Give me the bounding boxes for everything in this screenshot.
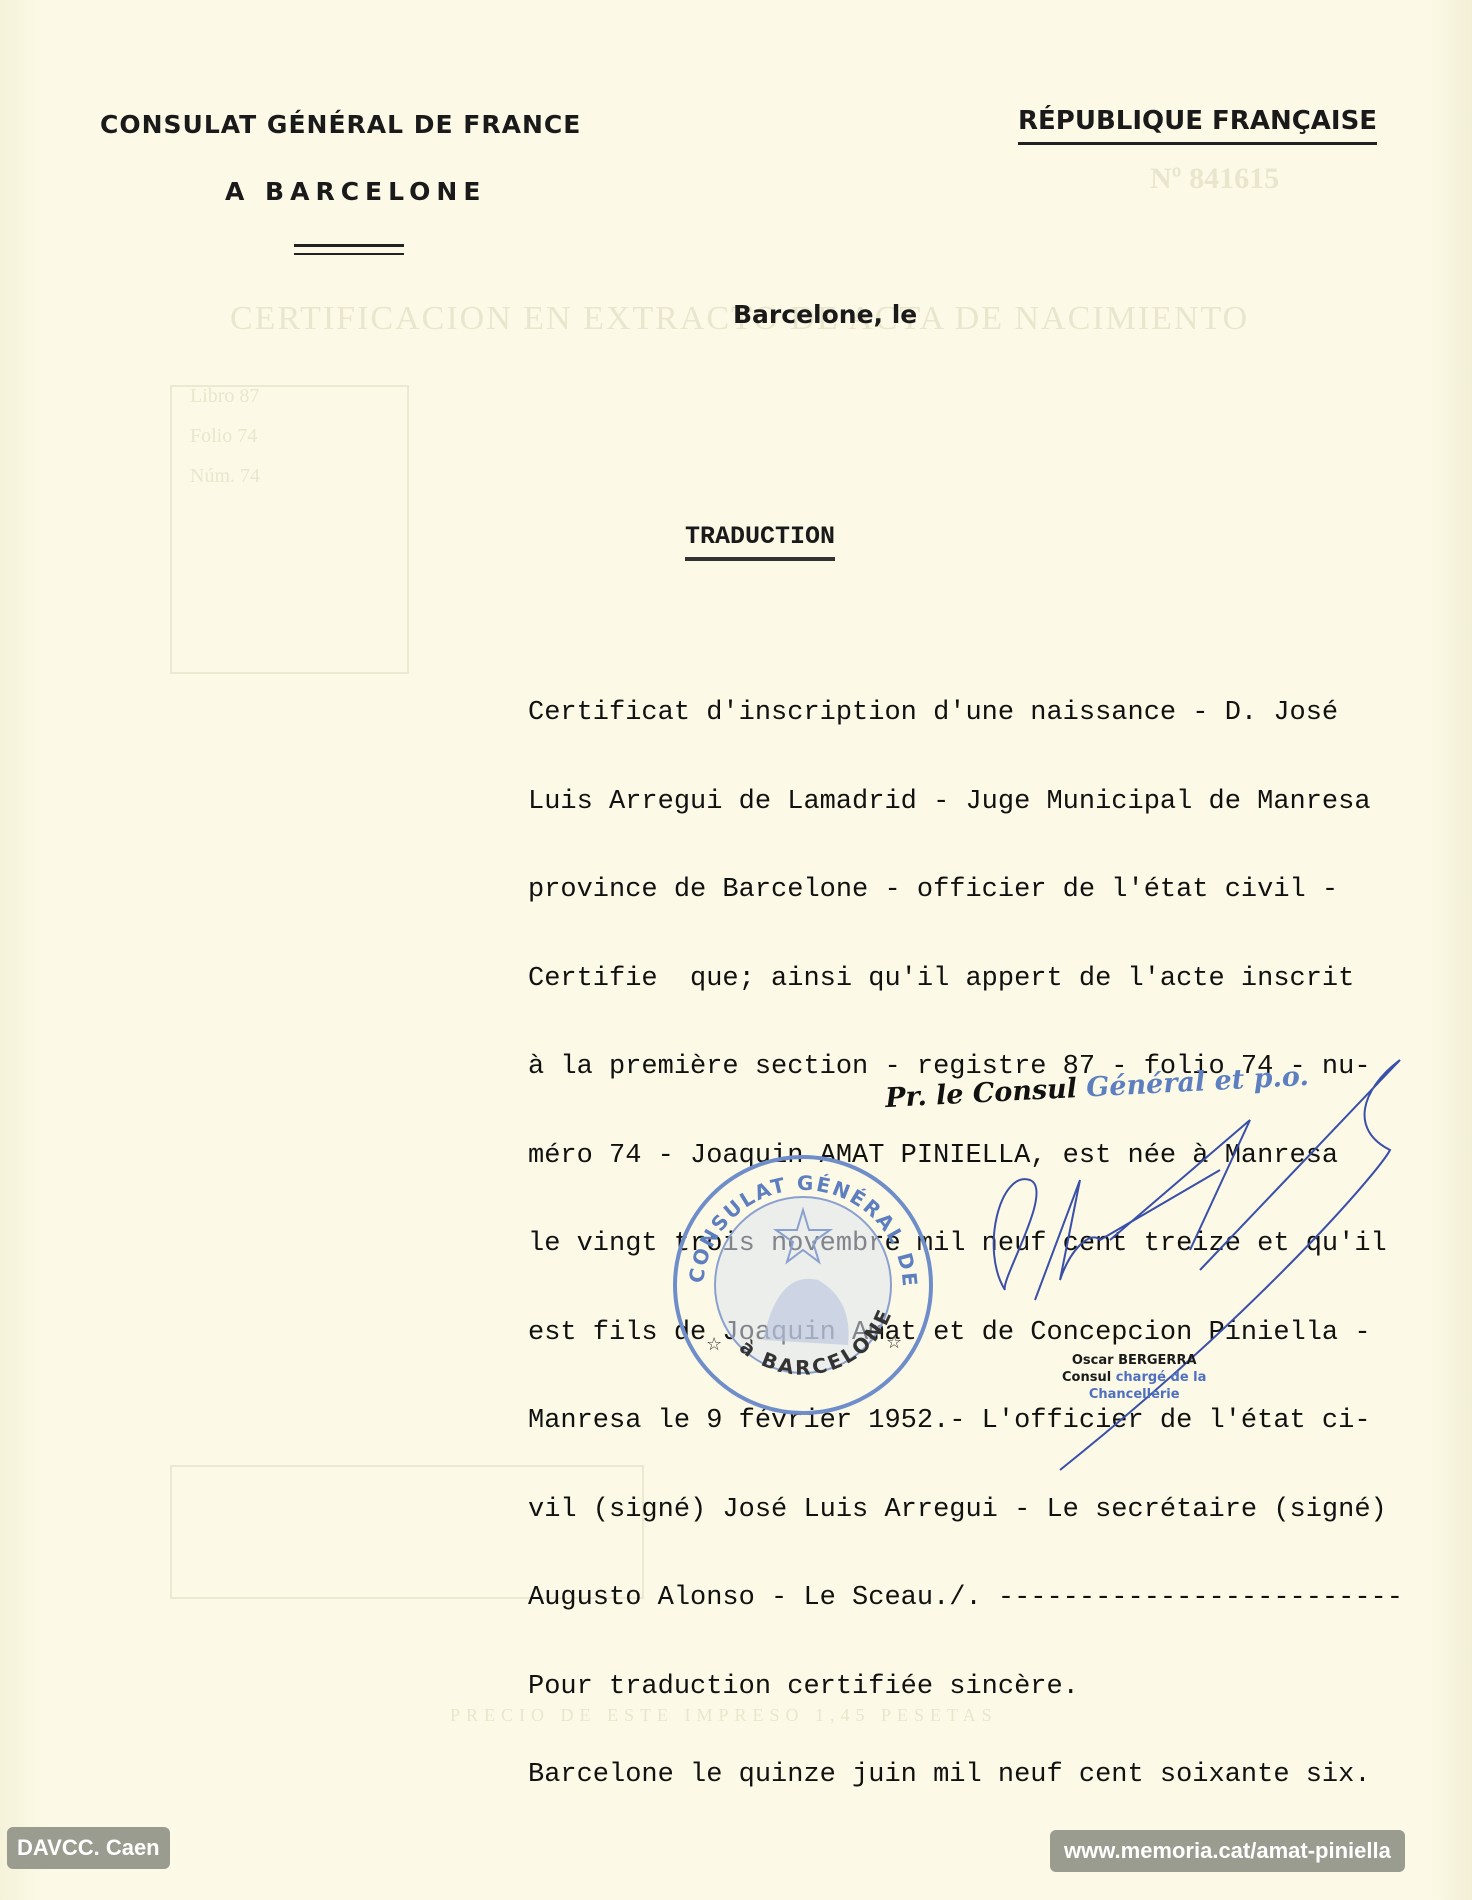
- body-line: Pour traduction certifiée sincère.: [528, 1673, 1468, 1703]
- body-line: Luis Arregui de Lamadrid - Juge Municipa…: [528, 788, 1468, 818]
- background-form-label-libro: Libro 87: [190, 385, 259, 408]
- signatory-office: Chancellerie: [1062, 1386, 1206, 1403]
- signatory-block: Oscar BERGERRA Consul chargé de la Chanc…: [1062, 1352, 1206, 1403]
- document-title: TRADUCTION: [685, 522, 835, 561]
- archive-source-badge: DAVCC. Caen: [7, 1827, 170, 1869]
- body-line: province de Barcelone - officier de l'ét…: [528, 876, 1468, 906]
- body-line: vil (signé) José Luis Arregui - Le secré…: [528, 1496, 1468, 1526]
- signatory-title-b: chargé de la: [1116, 1370, 1207, 1385]
- background-form-label-folio: Folio 74: [190, 425, 257, 448]
- consulate-city: A BARCELONE: [225, 177, 486, 206]
- svg-text:☆: ☆: [886, 1332, 902, 1353]
- place-date-line: Barcelone, le: [733, 300, 917, 329]
- body-line: Certificat d'inscription d'une naissance…: [528, 699, 1468, 729]
- body-line: Certifie que; ainsi qu'il appert de l'ac…: [528, 965, 1468, 995]
- svg-text:☆: ☆: [706, 1334, 722, 1355]
- handwritten-signature-icon: [960, 1050, 1430, 1490]
- consulate-name: CONSULAT GÉNÉRAL DE FRANCE: [100, 110, 620, 139]
- signatory-title: Consul chargé de la: [1062, 1369, 1206, 1386]
- consulate-letterhead: CONSULAT GÉNÉRAL DE FRANCE: [100, 110, 620, 139]
- body-line: Augusto Alonso - Le Sceau./. -----------…: [528, 1584, 1468, 1614]
- signatory-name: Oscar BERGERRA: [1062, 1352, 1206, 1369]
- background-form-label-num: Núm. 74: [190, 465, 260, 488]
- website-badge[interactable]: www.memoria.cat/amat-piniella: [1050, 1830, 1405, 1872]
- body-line: Barcelone le quinze juin mil neuf cent s…: [528, 1761, 1468, 1791]
- letterhead-double-rule: [294, 244, 404, 255]
- consulate-seal-icon: CONSULAT GÉNÉRAL DE FRANCE à BARCELONE ☆…: [668, 1150, 938, 1420]
- republic-heading: RÉPUBLIQUE FRANÇAISE: [1018, 106, 1377, 145]
- background-form-serial: Nº 841615: [1150, 162, 1279, 196]
- signatory-title-a: Consul: [1062, 1370, 1111, 1385]
